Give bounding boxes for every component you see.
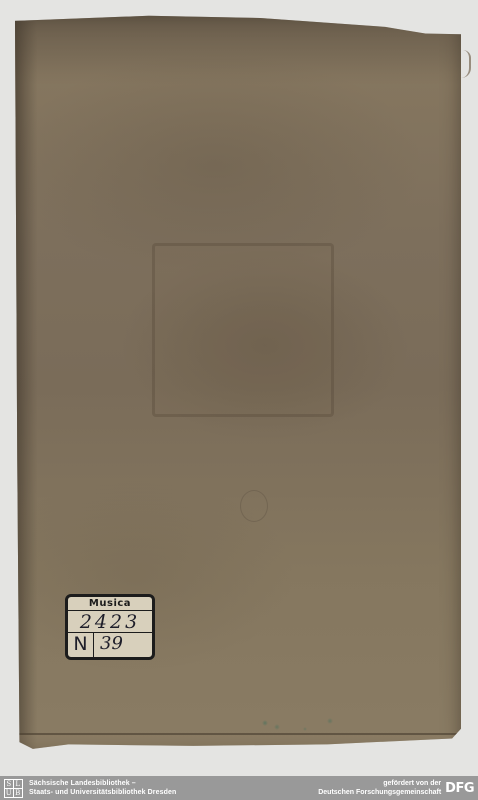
cover-spine-shadow [15,15,37,757]
funding-text: gefördert von der Deutschen Forschungsge… [318,779,441,797]
institution-name[interactable]: Sächsische Landesbibliothek – Staats- un… [29,779,176,797]
footer-bar: S L U B Sächsische Landesbibliothek – St… [0,776,478,800]
dfg-logo-icon: DFG [445,781,474,796]
label-shelf-number: 2423 [68,611,152,633]
faded-label-outline [152,243,334,417]
bottom-fold-edge [15,733,461,757]
label-header: Musica [68,597,152,611]
funding-line-1: gefördert von der [318,779,441,788]
green-stain-specks [245,711,355,735]
funding-credit[interactable]: gefördert von der Deutschen Forschungsge… [318,779,474,797]
institution-line-1: Sächsische Landesbibliothek – [29,779,176,788]
slub-logo-icon[interactable]: S L U B [4,779,23,798]
scan-viewport: Musica 2423 N 39 [0,0,478,776]
torn-corner [459,50,471,78]
slub-logo-letter: L [14,780,23,789]
slub-logo-letter: S [5,780,14,789]
shelf-mark-label: Musica 2423 N 39 [65,594,155,660]
funding-line-2: Deutschen Forschungsgemeinschaft [318,788,441,797]
institution-line-2: Staats- und Universitätsbibliothek Dresd… [29,788,176,797]
cover-top-stain [15,15,461,85]
faded-stamp-mark [240,490,268,522]
label-sub-number: 39 [94,633,152,657]
label-series-letter: N [68,633,94,657]
slub-logo-letter: B [14,789,23,797]
slub-logo-letter: U [5,789,14,797]
